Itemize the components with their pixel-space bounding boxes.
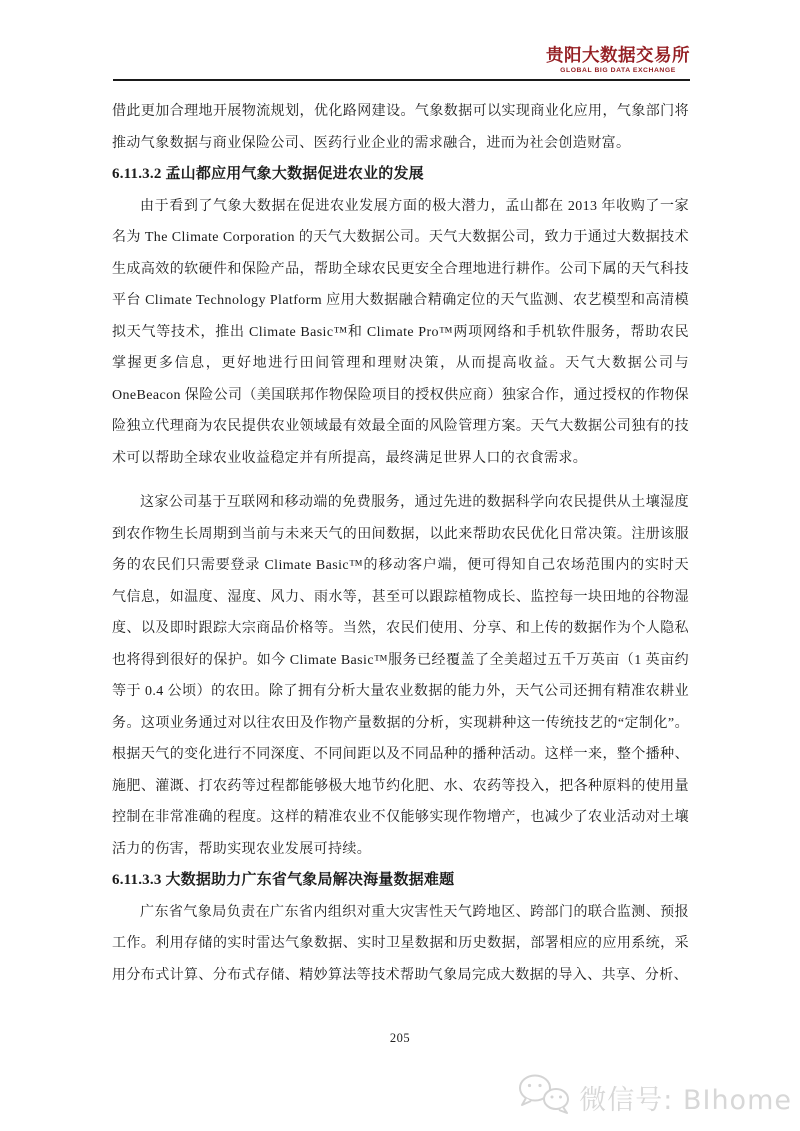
intro-paragraph: 借此更加合理地开展物流规划，优化路网建设。气象数据可以实现商业化应用，气象部门将… [112,96,689,159]
section-heading-6-11-3-3: 6.11.3.3 大数据助力广东省气象局解决海量数据难题 [112,865,689,897]
document-page: 贵阳大数据交易所 GLOBAL BIG DATA EXCHANGE 借此更加合理… [0,0,800,1131]
section-1-paragraph-2: 这家公司基于互联网和移动端的免费服务，通过先进的数据科学向农民提供从土壤湿度到农… [112,487,689,865]
page-body: 借此更加合理地开展物流规划，优化路网建设。气象数据可以实现商业化应用，气象部门将… [112,96,689,991]
page-number: 205 [0,1031,800,1046]
section-heading-6-11-3-2: 6.11.3.2 孟山都应用气象大数据促进农业的发展 [112,159,689,191]
gbdex-logo: 贵阳大数据交易所 GLOBAL BIG DATA EXCHANGE [546,47,690,74]
wechat-icon [517,1072,571,1123]
header-divider [113,79,690,81]
logo-english-text: GLOBAL BIG DATA EXCHANGE [546,68,690,75]
logo-chinese-text: 贵阳大数据交易所 [546,47,690,65]
wechat-watermark: 微信号: BIhome [517,1072,792,1123]
watermark-label: 微信号: BIhome [579,1078,792,1117]
section-1-paragraph-1: 由于看到了气象大数据在促进农业发展方面的极大潜力，孟山都在 2013 年收购了一… [112,191,689,475]
section-2-paragraph-1: 广东省气象局负责在广东省内组织对重大灾害性天气跨地区、跨部门的联合监测、预报工作… [112,897,689,992]
